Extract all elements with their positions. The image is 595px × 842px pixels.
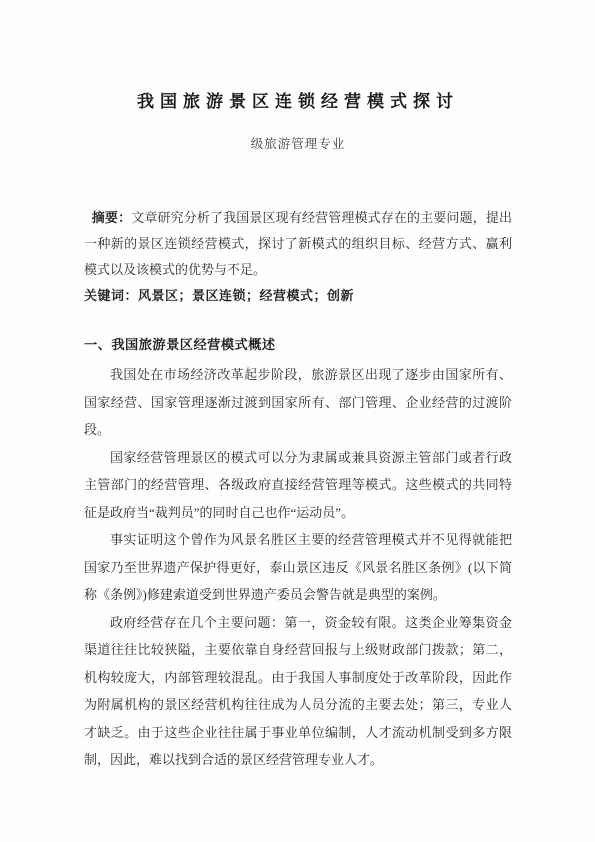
paragraph-state-management-modes: 国家经营管理景区的模式可以分为隶属或兼具资源主管部门或者行政主管部门的经营管理、… — [84, 444, 512, 527]
paragraph-taishan-case: 事实证明这个曾作为风景名胜区主要的经营管理模式并不见得就能把国家乃至世界遗产保护… — [84, 526, 512, 609]
paragraph-overview: 我国处在市场经济改革起步阶段，旅游景区出现了逐步由国家所有、国家经营、国家管理逐… — [84, 361, 512, 444]
abstract-label: 摘要： — [92, 210, 131, 225]
keywords-text: 风景区；景区连锁；经营模式；创新 — [138, 288, 354, 303]
abstract-text: 文章研究分析了我国景区现有经营管理模式存在的主要问题，提出一种新的景区连锁经营模… — [84, 210, 512, 277]
document-page: 我国旅游景区连锁经营模式探讨 级旅游管理专业 摘要：文章研究分析了我国景区现有经… — [0, 0, 595, 842]
page-title: 我国旅游景区连锁经营模式探讨 — [84, 87, 512, 112]
keywords-label: 关键词： — [84, 288, 138, 303]
abstract-paragraph: 摘要：文章研究分析了我国景区现有经营管理模式存在的主要问题，提出一种新的景区连锁… — [84, 205, 512, 283]
paragraph-government-problems: 政府经营存在几个主要问题：第一，资金较有限。这类企业筹集资金渠道往往比较狭隘，主… — [84, 609, 512, 774]
keywords-line: 关键词：风景区；景区连锁；经营模式；创新 — [84, 283, 512, 309]
section-heading: 一、我国旅游景区经营模式概述 — [84, 331, 512, 358]
document-subtitle: 级旅游管理专业 — [84, 134, 512, 152]
